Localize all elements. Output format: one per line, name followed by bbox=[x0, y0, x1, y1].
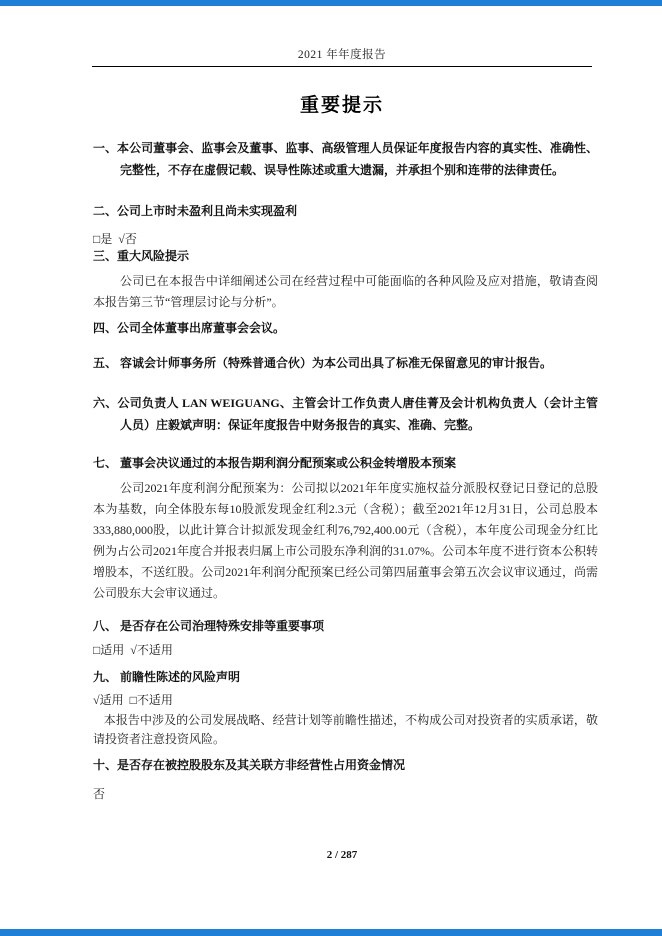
section-heading: 五、 容诚会计师事务所（特殊普通合伙）为本公司出具了标准无保留意见的审计报告。 bbox=[93, 352, 598, 374]
report-section: 三、重大风险提示 公司已在本报告中详细阐述公司在经营过程中可能面临的各种风险及应… bbox=[93, 245, 598, 313]
section-answer: 否 bbox=[93, 785, 598, 802]
section-paragraph: 公司2021年度利润分配预案为：公司拟以2021年年度实施权益分派股权登记日登记… bbox=[93, 478, 598, 604]
report-page: 2021 年年度报告 重要提示 一、本公司董事会、监事会及董事、监事、高级管理人… bbox=[0, 0, 662, 936]
section-paragraphs: 公司已在本报告中详细阐述公司在经营过程中可能面临的各种风险及应对措施，敬请查阅本… bbox=[93, 271, 598, 313]
report-section: 五、 容诚会计师事务所（特殊普通合伙）为本公司出具了标准无保留意见的审计报告。 bbox=[93, 352, 598, 374]
applicability-selector: √适用 □不适用 bbox=[93, 691, 598, 709]
section-heading: 七、 董事会决议通过的本报告期利润分配预案或公积金转增股本预案 bbox=[93, 452, 598, 474]
report-section: 一、本公司董事会、监事会及董事、监事、高级管理人员保证年度报告内容的真实性、准确… bbox=[93, 137, 598, 181]
section-paragraph: 本报告中涉及的公司发展战略、经营计划等前瞻性描述，不构成公司对投资者的实质承诺，… bbox=[93, 711, 598, 749]
section-heading: 二、公司上市时未盈利且尚未实现盈利 bbox=[93, 200, 598, 222]
section-heading: 九、 前瞻性陈述的风险声明 bbox=[93, 666, 598, 688]
report-section: 九、 前瞻性陈述的风险声明 √适用 □不适用 本报告中涉及的公司发展战略、经营计… bbox=[93, 666, 598, 749]
section-heading: 三、重大风险提示 bbox=[93, 245, 598, 267]
report-section: 四、公司全体董事出席董事会会议。 bbox=[93, 317, 598, 339]
section-heading: 六、公司负责人 LAN WEIGUANG、主管会计工作负责人唐佳菁及会计机构负责… bbox=[93, 392, 598, 436]
page-number: 2 / 287 bbox=[92, 849, 592, 861]
report-section: 八、 是否存在公司治理特殊安排等重要事项 □适用 √不适用 bbox=[93, 615, 598, 659]
section-heading: 一、本公司董事会、监事会及董事、监事、高级管理人员保证年度报告内容的真实性、准确… bbox=[93, 137, 598, 181]
section-heading: 八、 是否存在公司治理特殊安排等重要事项 bbox=[93, 615, 598, 637]
applicability-selector: □适用 √不适用 bbox=[93, 641, 598, 659]
report-section: 二、公司上市时未盈利且尚未实现盈利 □是 √否 bbox=[93, 200, 598, 248]
report-section: 六、公司负责人 LAN WEIGUANG、主管会计工作负责人唐佳菁及会计机构负责… bbox=[93, 392, 598, 436]
section-heading: 十、是否存在被控股股东及其关联方非经营性占用资金情况 bbox=[93, 754, 598, 776]
section-paragraphs: 本报告中涉及的公司发展战略、经营计划等前瞻性描述，不构成公司对投资者的实质承诺，… bbox=[93, 711, 598, 749]
section-paragraph: 公司已在本报告中详细阐述公司在经营过程中可能面临的各种风险及应对措施，敬请查阅本… bbox=[93, 271, 598, 313]
page-bottom-edge-bar bbox=[0, 929, 662, 936]
section-paragraphs: 公司2021年度利润分配预案为：公司拟以2021年年度实施权益分派股权登记日登记… bbox=[93, 478, 598, 604]
report-section: 十、是否存在被控股股东及其关联方非经营性占用资金情况 否 bbox=[93, 754, 598, 802]
report-section: 七、 董事会决议通过的本报告期利润分配预案或公积金转增股本预案 公司2021年度… bbox=[93, 452, 598, 604]
sections-container: 一、本公司董事会、监事会及董事、监事、高级管理人员保证年度报告内容的真实性、准确… bbox=[0, 0, 662, 936]
section-heading: 四、公司全体董事出席董事会会议。 bbox=[93, 317, 598, 339]
